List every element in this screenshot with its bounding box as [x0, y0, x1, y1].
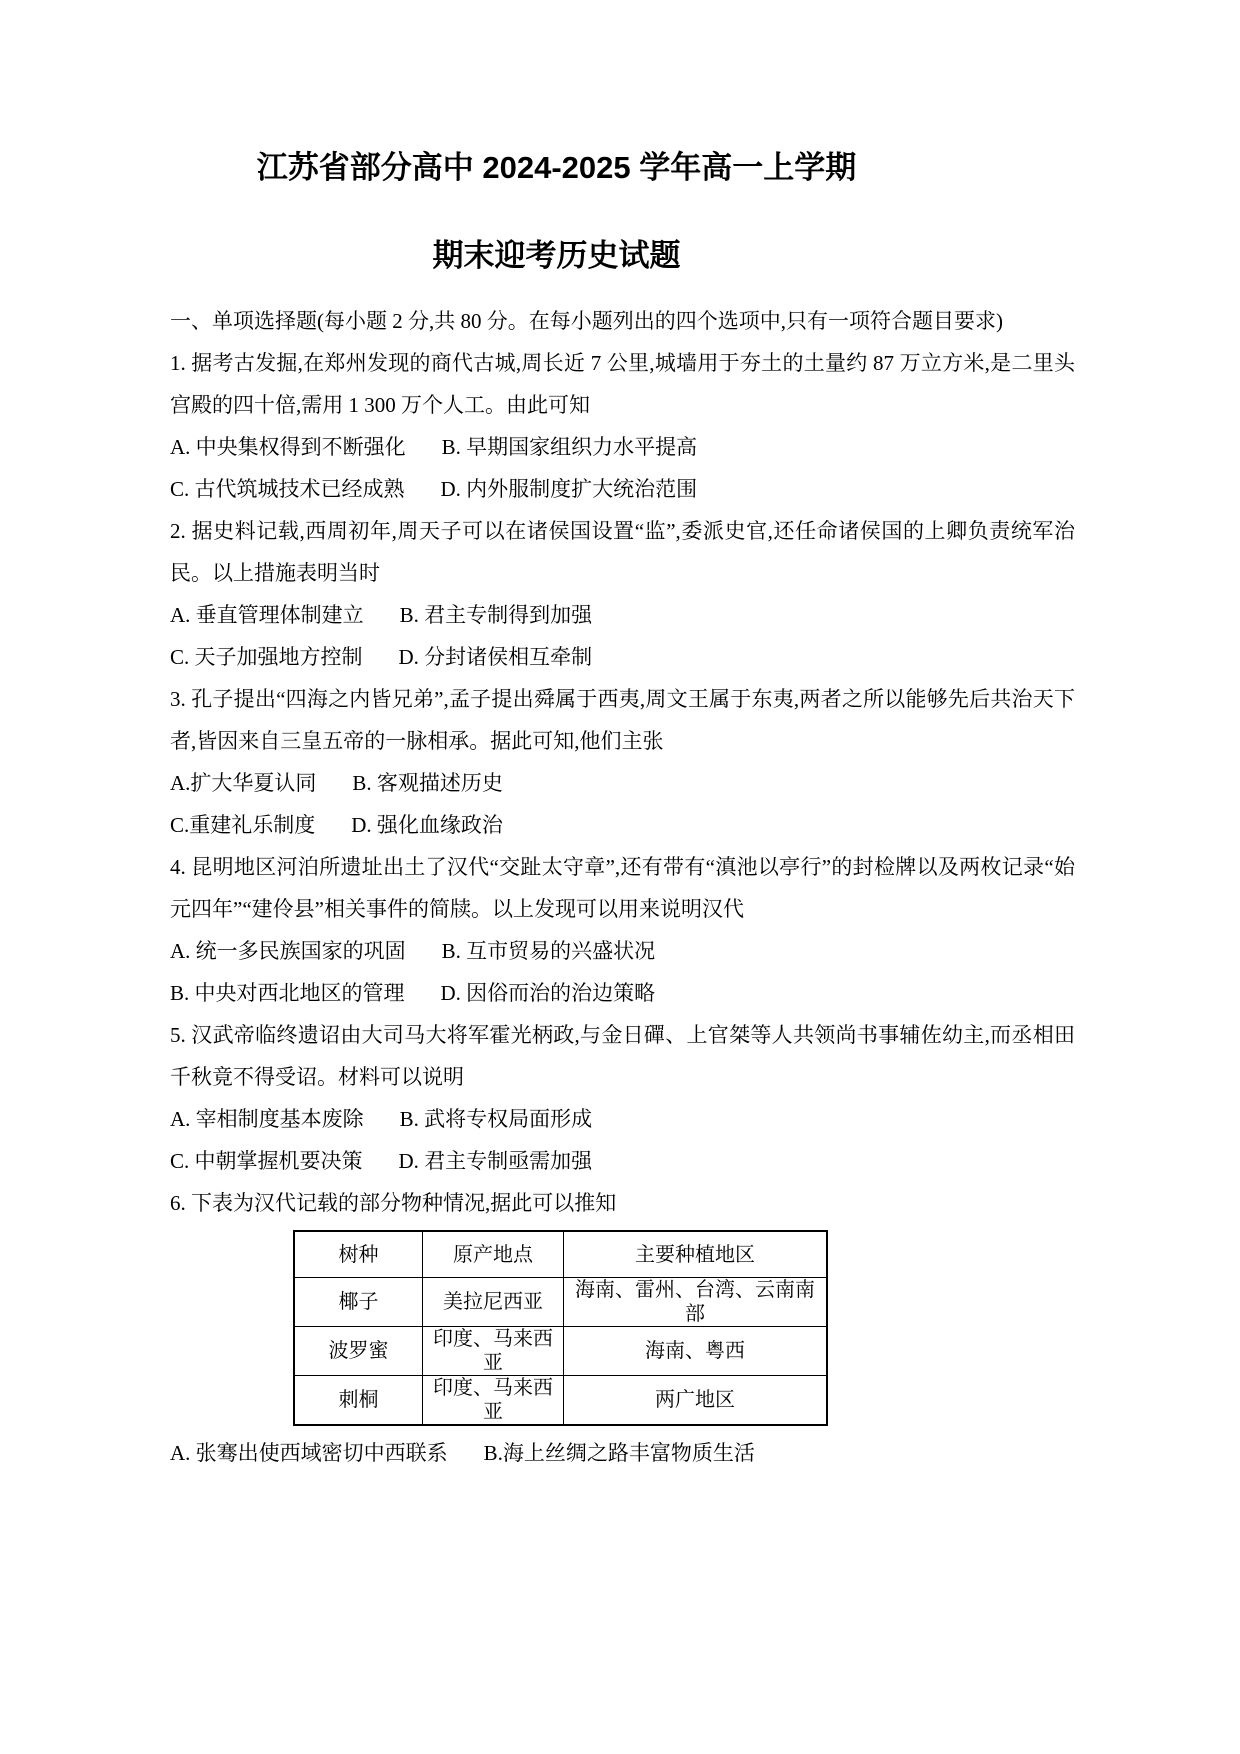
exam-title-line2: 期末迎考历史试题 [104, 236, 1009, 276]
table-cell-region: 海南、粤西 [564, 1327, 828, 1376]
question-4-option-b: B. 互市贸易的兴盛状况 [442, 930, 656, 972]
question-1-option-a: A. 中央集权得到不断强化 [170, 426, 406, 468]
question-6-options-row-1: A. 张骞出使西域密切中西联系B.海上丝绸之路丰富物质生活 [170, 1432, 1075, 1474]
question-1-options-row-2: C. 古代筑城技术已经成熟D. 内外服制度扩大统治范围 [170, 468, 1075, 510]
exam-body: 一、单项选择题(每小题 2 分,共 80 分。在每小题列出的四个选项中,只有一项… [170, 300, 1075, 1474]
question-1-option-d: D. 内外服制度扩大统治范围 [441, 468, 698, 510]
table-cell-origin: 美拉尼西亚 [423, 1278, 564, 1327]
question-3-option-a: A.扩大华夏认同 [170, 762, 316, 804]
question-3-options-row-2: C.重建礼乐制度D. 强化血缘政治 [170, 804, 1075, 846]
question-1-option-c: C. 古代筑城技术已经成熟 [170, 468, 405, 510]
species-table-header-region: 主要种植地区 [564, 1231, 828, 1278]
species-table: 树种 原产地点 主要种植地区 椰子 美拉尼西亚 海南、雷州、台湾、云南南部 波罗… [293, 1230, 828, 1426]
question-4-option-d: D. 因俗而治的治边策略 [441, 972, 656, 1014]
question-5-option-c: C. 中朝掌握机要决策 [170, 1140, 363, 1182]
species-table-header-species: 树种 [294, 1231, 423, 1278]
question-5-options-row-2: C. 中朝掌握机要决策D. 君主专制亟需加强 [170, 1140, 1075, 1182]
question-4-options-row-1: A. 统一多民族国家的巩固B. 互市贸易的兴盛状况 [170, 930, 1075, 972]
exam-document-page: 江苏省部分高中 2024-2025 学年高一上学期 期末迎考历史试题 一、单项选… [0, 0, 1240, 1754]
question-1-stem: 1. 据考古发掘,在郑州发现的商代古城,周长近 7 公里,城墙用于夯土的土量约 … [170, 342, 1075, 426]
question-5-option-d: D. 君主专制亟需加强 [399, 1140, 593, 1182]
question-2-option-d: D. 分封诸侯相互牵制 [399, 636, 593, 678]
question-2-stem: 2. 据史料记载,西周初年,周天子可以在诸侯国设置“监”,委派史官,还任命诸侯国… [170, 510, 1075, 594]
species-table-row-coconut: 椰子 美拉尼西亚 海南、雷州、台湾、云南南部 [294, 1278, 827, 1327]
table-cell-region: 两广地区 [564, 1376, 828, 1426]
question-5-options-row-1: A. 宰相制度基本废除B. 武将专权局面形成 [170, 1098, 1075, 1140]
question-3-options-row-1: A.扩大华夏认同B. 客观描述历史 [170, 762, 1075, 804]
question-5-stem: 5. 汉武帝临终遗诏由大司马大将军霍光柄政,与金日磾、上官桀等人共领尚书事辅佐幼… [170, 1014, 1075, 1098]
question-3-stem: 3. 孔子提出“四海之内皆兄弟”,孟子提出舜属于西夷,周文王属于东夷,两者之所以… [170, 678, 1075, 762]
question-2-option-b: B. 君主专制得到加强 [400, 594, 593, 636]
question-6-option-b: B.海上丝绸之路丰富物质生活 [484, 1432, 755, 1474]
question-5-option-b: B. 武将专权局面形成 [400, 1098, 593, 1140]
species-table-row-jackfruit: 波罗蜜 印度、马来西亚 海南、粤西 [294, 1327, 827, 1376]
question-3-option-c: C.重建礼乐制度 [170, 804, 315, 846]
table-cell-species: 刺桐 [294, 1376, 423, 1426]
table-cell-species: 椰子 [294, 1278, 423, 1327]
section-header: 一、单项选择题(每小题 2 分,共 80 分。在每小题列出的四个选项中,只有一项… [170, 300, 1075, 342]
question-6-stem: 6. 下表为汉代记载的部分物种情况,据此可以推知 [170, 1182, 1075, 1224]
question-1-option-b: B. 早期国家组织力水平提高 [442, 426, 698, 468]
question-2-option-c: C. 天子加强地方控制 [170, 636, 363, 678]
question-4-option-c: B. 中央对西北地区的管理 [170, 972, 405, 1014]
question-3-option-d: D. 强化血缘政治 [351, 804, 503, 846]
question-4-options-row-2: B. 中央对西北地区的管理D. 因俗而治的治边策略 [170, 972, 1075, 1014]
exam-title-line1: 江苏省部分高中 2024-2025 学年高一上学期 [104, 148, 1009, 188]
table-cell-region: 海南、雷州、台湾、云南南部 [564, 1278, 828, 1327]
question-1-options-row-1: A. 中央集权得到不断强化B. 早期国家组织力水平提高 [170, 426, 1075, 468]
table-cell-species: 波罗蜜 [294, 1327, 423, 1376]
species-table-header-row: 树种 原产地点 主要种植地区 [294, 1231, 827, 1278]
table-cell-origin: 印度、马来西亚 [423, 1376, 564, 1426]
table-cell-origin: 印度、马来西亚 [423, 1327, 564, 1376]
species-table-header-origin: 原产地点 [423, 1231, 564, 1278]
question-4-option-a: A. 统一多民族国家的巩固 [170, 930, 406, 972]
species-table-row-erythrina: 刺桐 印度、马来西亚 两广地区 [294, 1376, 827, 1426]
question-5-option-a: A. 宰相制度基本废除 [170, 1098, 364, 1140]
question-3-option-b: B. 客观描述历史 [352, 762, 503, 804]
question-2-option-a: A. 垂直管理体制建立 [170, 594, 364, 636]
question-6-option-a: A. 张骞出使西域密切中西联系 [170, 1432, 448, 1474]
question-2-options-row-2: C. 天子加强地方控制D. 分封诸侯相互牵制 [170, 636, 1075, 678]
question-4-stem: 4. 昆明地区河泊所遗址出土了汉代“交趾太守章”,还有带有“滇池以亭行”的封检牌… [170, 846, 1075, 930]
question-2-options-row-1: A. 垂直管理体制建立B. 君主专制得到加强 [170, 594, 1075, 636]
